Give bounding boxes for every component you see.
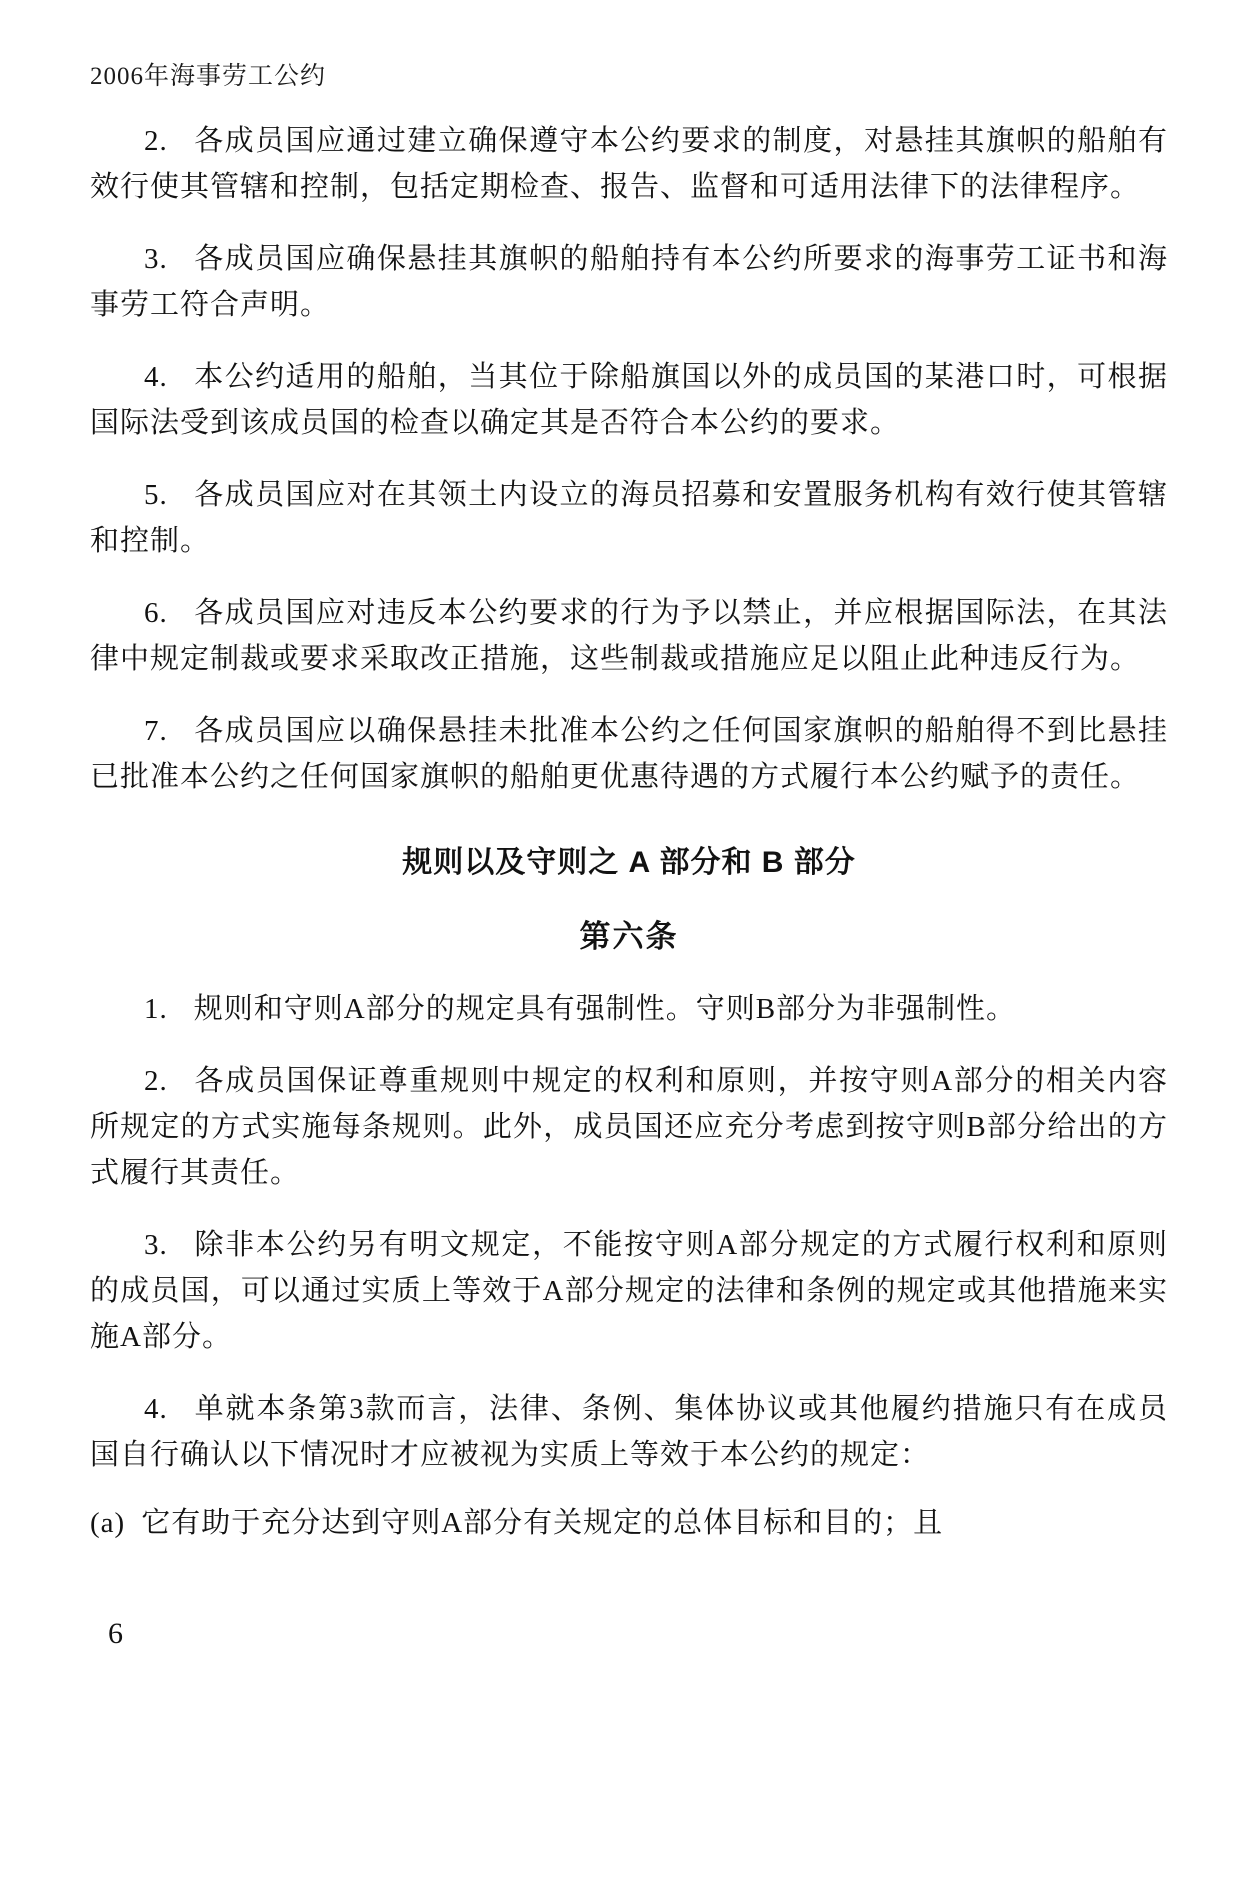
- list-item-text: 它有助于充分达到守则A部分有关规定的总体目标和目的；且: [141, 1507, 943, 1539]
- paragraph-text: 除非本公约另有明文规定，不能按守则A部分规定的方式履行权利和原则的成员国，可以通…: [90, 1229, 1168, 1353]
- paragraph-text: 各成员国应对在其领土内设立的海员招募和安置服务机构有效行使其管辖和控制。: [90, 479, 1168, 557]
- paragraph: 7.各成员国应以确保悬挂未批准本公约之任何国家旗帜的船舶得不到比悬挂已批准本公约…: [90, 708, 1168, 800]
- paragraph: 2.各成员国保证尊重规则中规定的权利和原则，并按守则A部分的相关内容所规定的方式…: [90, 1058, 1168, 1196]
- document-body: 2.各成员国应通过建立确保遵守本公约要求的制度，对悬挂其旗帜的船舶有效行使其管辖…: [90, 118, 1168, 1546]
- paragraph-text: 单就本条第3款而言，法律、条例、集体协议或其他履约措施只有在成员国自行确认以下情…: [90, 1393, 1168, 1471]
- paragraph-number: 2.: [144, 118, 168, 164]
- list-item-marker: (a): [90, 1500, 125, 1546]
- paragraph-text: 各成员国保证尊重规则中规定的权利和原则，并按守则A部分的相关内容所规定的方式实施…: [90, 1065, 1168, 1189]
- paragraph-number: 6.: [144, 590, 168, 636]
- paragraph-text: 各成员国应对违反本公约要求的行为予以禁止，并应根据国际法，在其法律中规定制裁或要…: [90, 597, 1168, 675]
- paragraph-text: 规则和守则A部分的规定具有强制性。守则B部分为非强制性。: [194, 993, 1016, 1025]
- paragraph: 2.各成员国应通过建立确保遵守本公约要求的制度，对悬挂其旗帜的船舶有效行使其管辖…: [90, 118, 1168, 210]
- paragraph: 6.各成员国应对违反本公约要求的行为予以禁止，并应根据国际法，在其法律中规定制裁…: [90, 590, 1168, 682]
- document-page: 2006年海事劳工公约 2.各成员国应通过建立确保遵守本公约要求的制度，对悬挂其…: [0, 0, 1260, 1890]
- paragraph: 1.规则和守则A部分的规定具有强制性。守则B部分为非强制性。: [90, 986, 1168, 1032]
- page-number: 6: [108, 1616, 1168, 1652]
- paragraph-text: 各成员国应确保悬挂其旗帜的船舶持有本公约所要求的海事劳工证书和海事劳工符合声明。: [90, 243, 1168, 321]
- paragraph: 3.除非本公约另有明文规定，不能按守则A部分规定的方式履行权利和原则的成员国，可…: [90, 1222, 1168, 1360]
- paragraph-number: 5.: [144, 472, 168, 518]
- paragraph-number: 2.: [144, 1058, 168, 1104]
- paragraph-text: 本公约适用的船舶，当其位于除船旗国以外的成员国的某港口时，可根据国际法受到该成员…: [90, 361, 1168, 439]
- paragraph-number: 4.: [144, 1386, 168, 1432]
- paragraph-text: 各成员国应以确保悬挂未批准本公约之任何国家旗帜的船舶得不到比悬挂已批准本公约之任…: [90, 715, 1168, 793]
- paragraph-number: 7.: [144, 708, 168, 754]
- article-heading: 第六条: [90, 914, 1168, 960]
- paragraph-number: 3.: [144, 236, 168, 282]
- paragraph-number: 4.: [144, 354, 168, 400]
- paragraph: 5.各成员国应对在其领土内设立的海员招募和安置服务机构有效行使其管辖和控制。: [90, 472, 1168, 564]
- paragraph-text: 各成员国应通过建立确保遵守本公约要求的制度，对悬挂其旗帜的船舶有效行使其管辖和控…: [90, 125, 1168, 203]
- paragraph: 3.各成员国应确保悬挂其旗帜的船舶持有本公约所要求的海事劳工证书和海事劳工符合声…: [90, 236, 1168, 328]
- section-heading: 规则以及守则之 A 部分和 B 部分: [90, 840, 1168, 886]
- paragraph-number: 1.: [144, 986, 168, 1032]
- paragraph-number: 3.: [144, 1222, 168, 1268]
- running-header-title: 2006年海事劳工公约: [90, 62, 1168, 92]
- paragraph: 4.本公约适用的船舶，当其位于除船旗国以外的成员国的某港口时，可根据国际法受到该…: [90, 354, 1168, 446]
- list-item: (a)它有助于充分达到守则A部分有关规定的总体目标和目的；且: [90, 1500, 1168, 1546]
- paragraph: 4.单就本条第3款而言，法律、条例、集体协议或其他履约措施只有在成员国自行确认以…: [90, 1386, 1168, 1478]
